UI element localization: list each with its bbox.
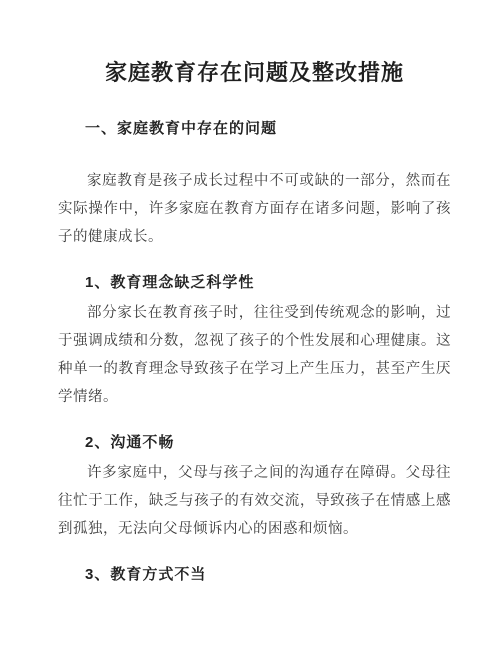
document-page: 家庭教育存在问题及整改措施 一、家庭教育中存在的问题 家庭教育是孩子成长过程中不… — [0, 0, 500, 647]
subsection-body-communication: 许多家庭中，父母与孩子之间的沟通存在障碍。父母往往忙于工作，缺乏与孩子的有效交流… — [58, 459, 451, 543]
intro-paragraph: 家庭教育是孩子成长过程中不可或缺的一部分，然而在实际操作中，许多家庭在教育方面存… — [58, 167, 451, 251]
section-heading-problems: 一、家庭教育中存在的问题 — [58, 120, 451, 138]
document-title: 家庭教育存在问题及整改措施 — [58, 60, 451, 86]
subsection-heading-method: 3、教育方式不当 — [58, 566, 451, 584]
subsection-body-concept: 部分家长在教育孩子时，往往受到传统观念的影响，过于强调成绩和分数，忽视了孩子的个… — [58, 299, 451, 411]
subsection-heading-concept: 1、教育理念缺乏科学性 — [58, 274, 451, 292]
subsection-heading-communication: 2、沟通不畅 — [58, 434, 451, 452]
